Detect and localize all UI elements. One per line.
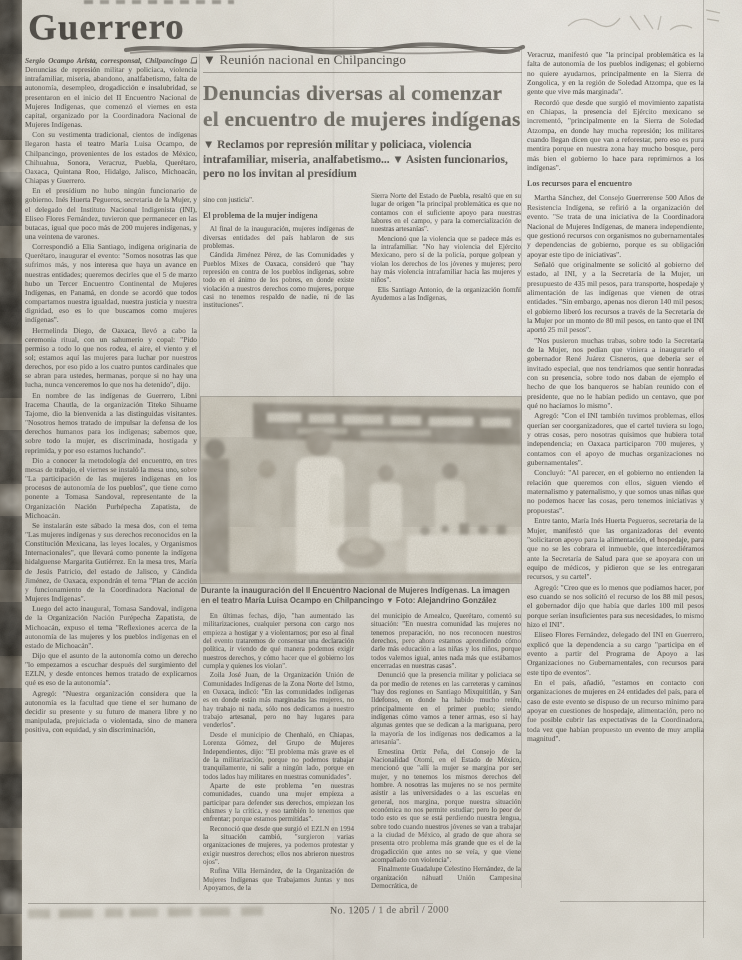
scan-smudge xyxy=(84,0,234,4)
article-paragraph: Sierra Norte del Estado de Puebla, resal… xyxy=(371,192,521,234)
article-paragraph: Veracruz, manifestó que "la principal pr… xyxy=(527,50,704,97)
article-paragraph: Desde el municipio de Chenhaló, en Chiap… xyxy=(203,731,354,781)
headline-block: ▼ Reunión nacional en Chilpancingo Denun… xyxy=(203,47,522,182)
article-paragraph: En el país, añadió, "estamos en contacto… xyxy=(527,678,704,743)
lead-text: Denuncias de represión militar y policia… xyxy=(25,65,197,129)
blurred-stamp xyxy=(26,901,276,925)
article-paragraph: Correspondió a Elia Santiago, indígena o… xyxy=(25,242,197,324)
article-paragraph: Agregó: "Creo que es lo menos que podíam… xyxy=(527,583,704,630)
article-paragraph: Agregó: "Nuestra organización considera … xyxy=(25,689,197,735)
article-paragraph: En últimas fechas, dijo, "han aumentado … xyxy=(203,612,354,670)
column-1-paragraphs: Con su vestimenta tradicional, cientos d… xyxy=(25,130,197,734)
article-column-3-lower: del municipio de Amealco, Querétaro, com… xyxy=(371,612,521,896)
article-column-2-upper: sino con justicia".El problema de la muj… xyxy=(203,196,354,396)
column-subhead: Los recursos para el encuentro xyxy=(527,179,704,188)
column-subhead: El problema de la mujer indígena xyxy=(203,211,354,220)
article-column-4: Veracruz, manifestó que "la principal pr… xyxy=(527,50,704,862)
column-rule xyxy=(199,54,200,890)
article-paragraph: Con su vestimenta tradicional, cientos d… xyxy=(25,130,197,185)
bottom-rule xyxy=(560,901,706,902)
article-column-3-upper: Sierra Norte del Estado de Puebla, resal… xyxy=(371,192,521,396)
article-paragraph: del municipio de Amealco, Querétaro, com… xyxy=(371,612,521,670)
scan-binding-edge xyxy=(0,0,22,960)
article-paragraph: Dijo que el asunto de la autonomía como … xyxy=(25,651,197,688)
article-paragraph: Señaló que originalmente se solicitó al … xyxy=(527,260,704,335)
deck: ▼ Reclamos por represión militar y polic… xyxy=(203,138,522,182)
news-photo xyxy=(201,397,521,583)
article-paragraph: Elis Santiago Antonio, de la organizació… xyxy=(371,286,521,303)
issue-date-footer: No. 1205 / 1 de abril / 2000 xyxy=(330,904,449,916)
newspaper-page: Guerrero Sergio Ocampo Arista, correspon… xyxy=(0,0,742,960)
article-paragraph: Recordó que desde que surgió el movimien… xyxy=(527,98,704,173)
article-paragraph: En el presídium no hubo ningún funcionar… xyxy=(25,186,197,241)
article-paragraph: Mencionó que la violencia que se padece … xyxy=(371,235,521,285)
article-paragraph: Entre tanto, María Inés Huerta Pegueros,… xyxy=(527,516,704,581)
article-paragraph: Denunció que la presencia militar y poli… xyxy=(371,671,521,746)
article-paragraph: Aparte de este problema "en nuestras com… xyxy=(203,782,354,824)
article-paragraph: Ernestina Ortiz Peña, del Consejo de la … xyxy=(371,748,521,865)
article-paragraph: En nombre de las indígenas de Guerrero, … xyxy=(25,391,197,455)
news-photo-figure: Durante la inauguración del II Encuentro… xyxy=(201,397,521,605)
kicker-rule-bottom xyxy=(203,72,522,73)
article-paragraph: sino con justicia". xyxy=(203,196,354,204)
photo-caption: Durante la inauguración del II Encuentro… xyxy=(201,586,521,605)
article-paragraph: Zoila José Juan, de la Organización Unió… xyxy=(203,671,354,729)
article-paragraph: Se instalarán este sábado la mesa dos, c… xyxy=(25,521,197,603)
article-column-2-lower: En últimas fechas, dijo, "han aumentado … xyxy=(203,612,354,896)
article-paragraph: Hermelinda Diego, de Oaxaca, llevó a cab… xyxy=(25,326,197,390)
article-paragraph: Cándida Jiménez Pérez, de las Comunidade… xyxy=(203,251,354,309)
article-paragraph: Martha Sánchez, del Consejo Guerrerense … xyxy=(527,193,704,258)
byline: Sergio Ocampo Arista, corresponsal, Chil… xyxy=(25,56,197,65)
kicker: ▼ Reunión nacional en Chilpancingo xyxy=(203,48,522,72)
article-paragraph: Concluyó: "Al parecer, en el gobierno no… xyxy=(527,468,704,515)
article-paragraph: "Nos pusieron muchas trabas, sobre todo … xyxy=(527,336,704,411)
article-paragraph: Luego del acto inaugural, Tomasa Sandova… xyxy=(25,604,197,650)
headline: Denuncias diversas al comenzar el encuen… xyxy=(203,80,522,132)
article-paragraph: Eliseo Flores Fernández, delegado del IN… xyxy=(527,630,704,677)
article-paragraph: Dio a conocer la metodología del encuent… xyxy=(25,456,197,520)
article-column-1: Sergio Ocampo Arista, corresponsal, Chil… xyxy=(25,56,197,888)
article-paragraph: Reconoció que desde que surgió el EZLN e… xyxy=(203,825,354,867)
article-paragraph: Agregó: "Con el INI también tuvimos prob… xyxy=(527,411,704,467)
article-paragraph: Al final de la inauguración, mujeres ind… xyxy=(203,225,354,250)
handwritten-corner-marks xyxy=(560,2,730,46)
article-paragraph: Finalmente Guadalupe Celestino Hernández… xyxy=(371,865,521,890)
lead-paragraph: Sergio Ocampo Arista, corresponsal, Chil… xyxy=(25,56,197,129)
article-paragraph: Rufina Villa Hernández, de la Organizaci… xyxy=(203,867,354,892)
